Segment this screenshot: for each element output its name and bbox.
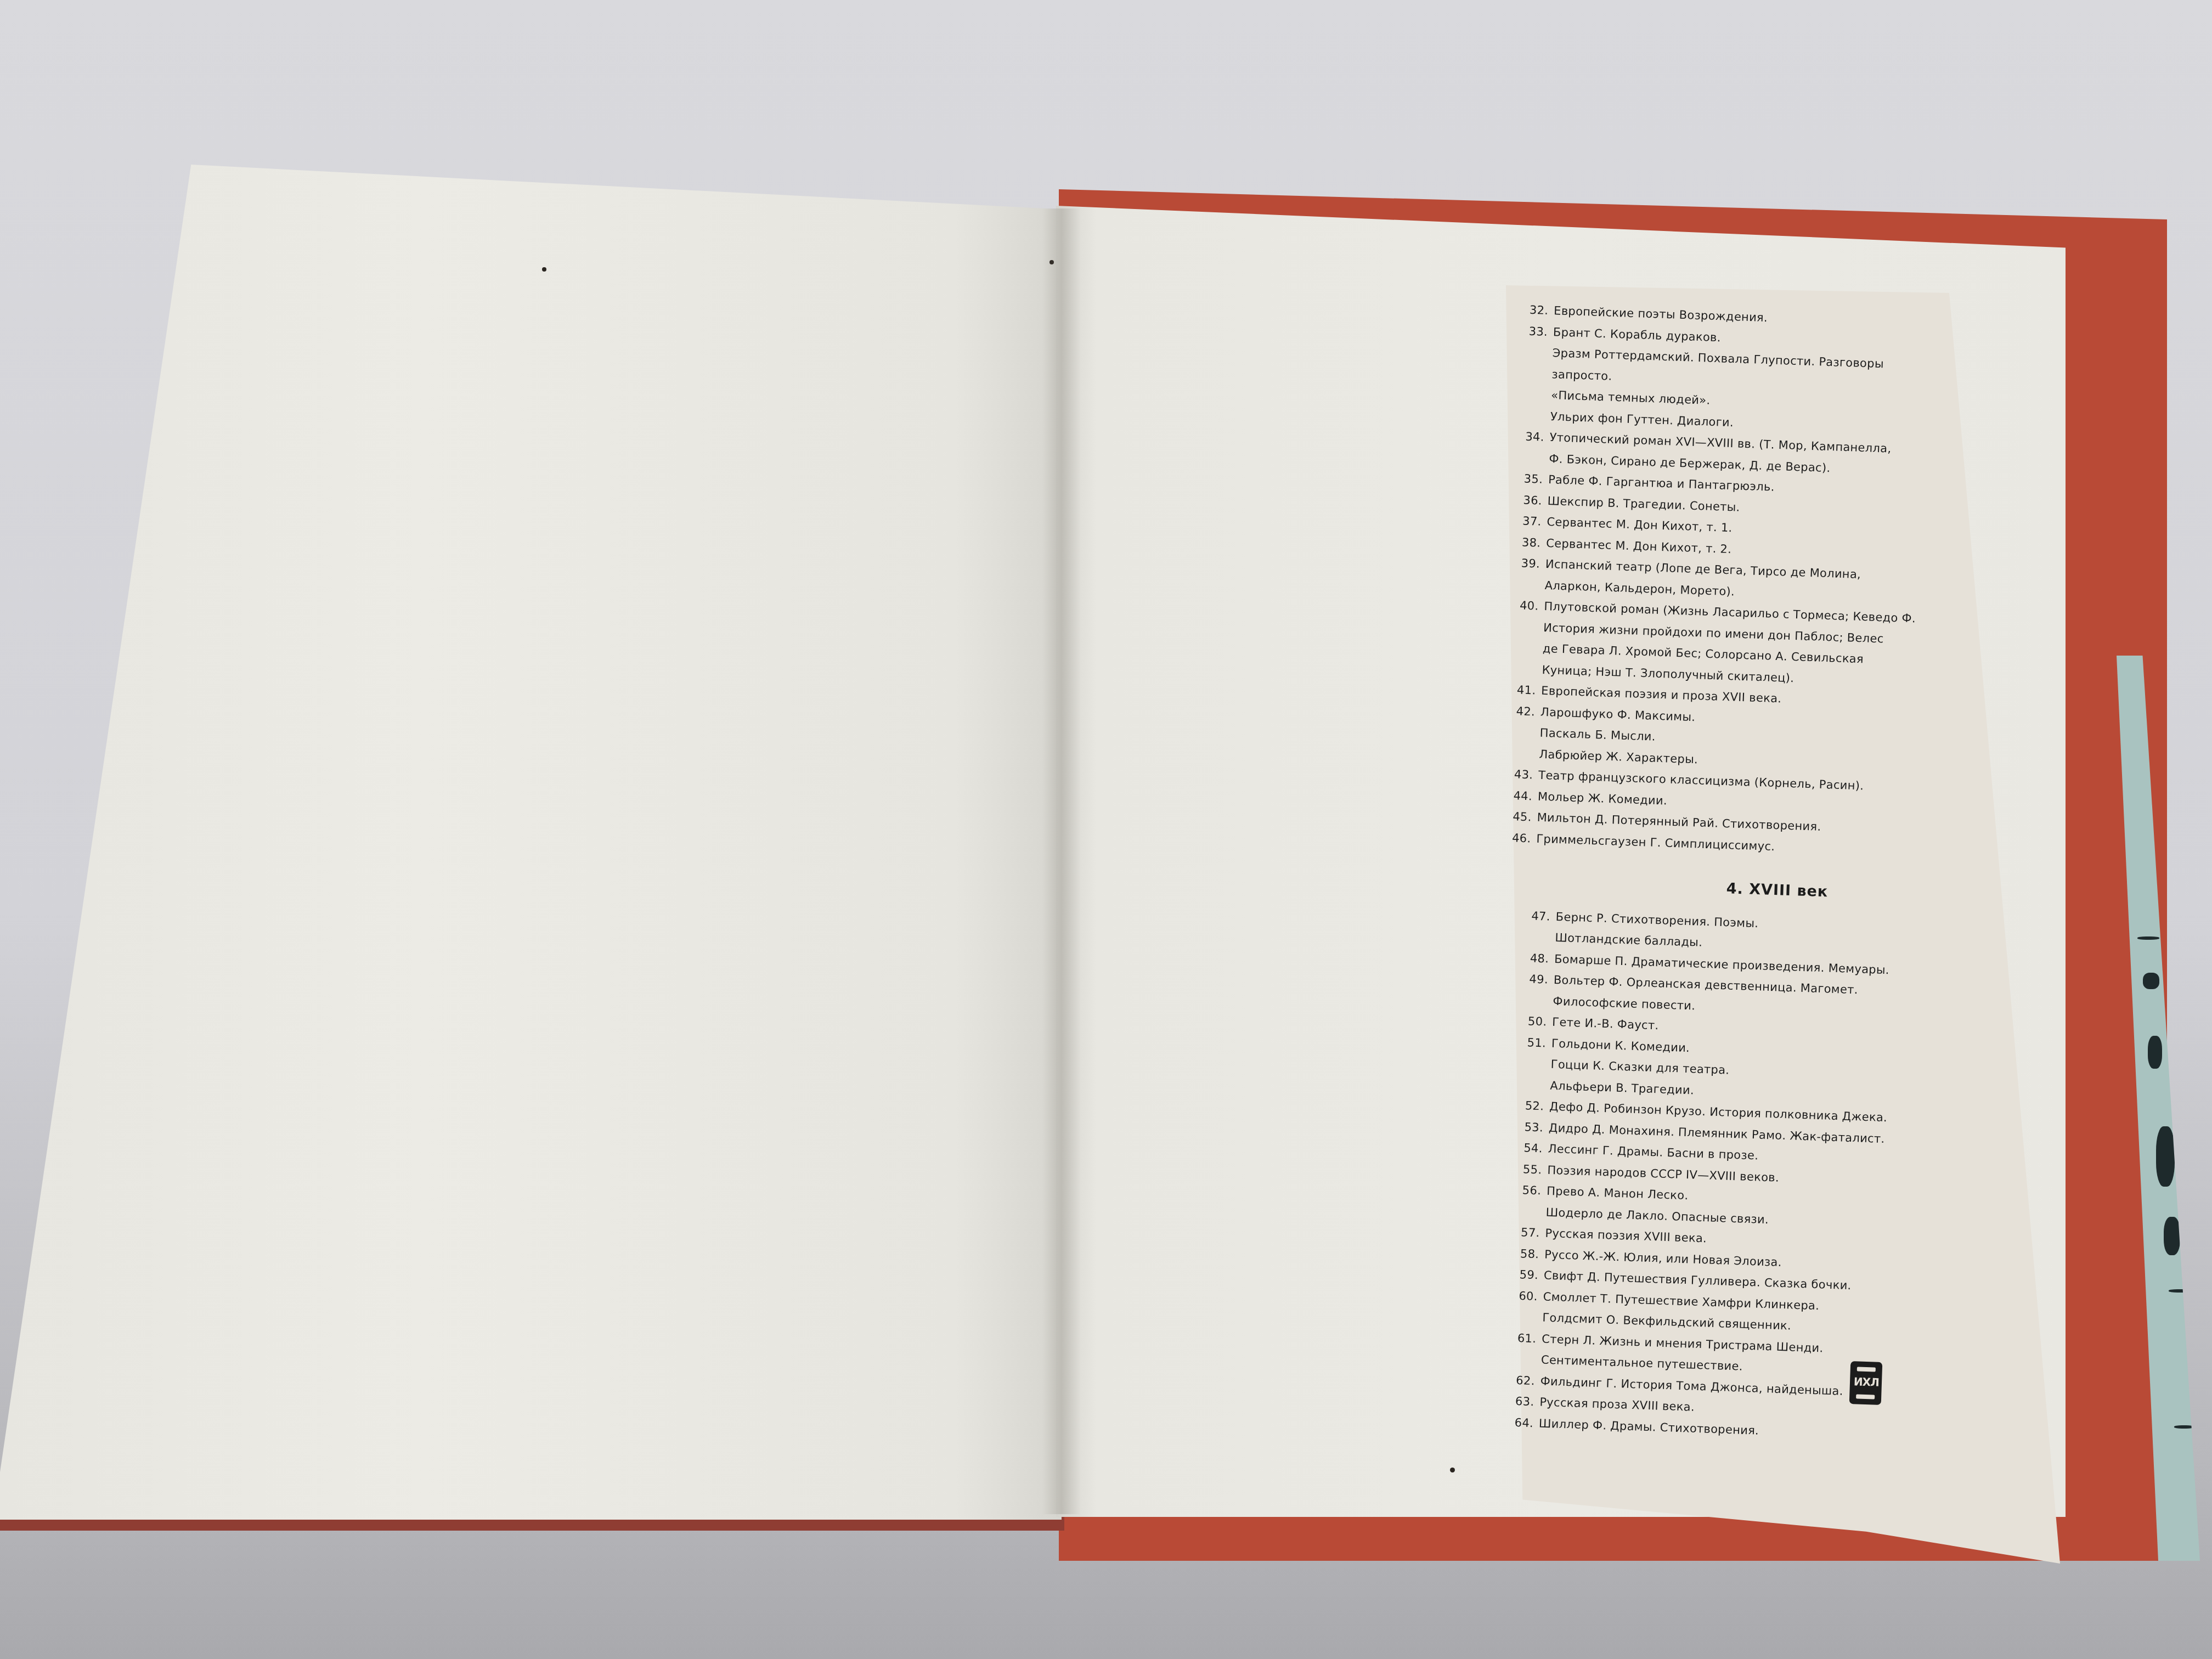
item-number: 53. (1511, 1116, 1549, 1138)
item-number: 62. (1503, 1369, 1541, 1392)
left-page-blank (0, 165, 1062, 1520)
item-number: 60. (1505, 1285, 1544, 1328)
item-number: 34. (1511, 426, 1550, 469)
book-gutter (1042, 208, 1081, 1514)
list-item: 33.Брант С. Корабль дураков.Эразм Роттер… (1513, 320, 2053, 443)
item-number: 39. (1507, 552, 1546, 596)
item-number: 57. (1508, 1221, 1545, 1244)
item-number: 45. (1499, 805, 1537, 828)
item-number: 56. (1508, 1179, 1547, 1222)
item-number: 51. (1513, 1031, 1552, 1096)
series-list: 32.Европейские поэты Возрождения.33.Бран… (1480, 299, 2055, 1449)
item-number: 47. (1517, 905, 1556, 948)
item-number: 44. (1500, 785, 1538, 807)
item-number: 64. (1501, 1412, 1539, 1434)
item-number: 46. (1499, 827, 1537, 849)
item-number: 36. (1510, 489, 1548, 511)
item-number: 58. (1507, 1243, 1545, 1265)
item-number: 38. (1509, 531, 1547, 554)
paper-speck (542, 267, 546, 272)
item-number: 63. (1502, 1390, 1540, 1413)
paper-speck (1450, 1468, 1455, 1472)
item-number: 59. (1506, 1263, 1544, 1286)
item-number: 55. (1510, 1158, 1548, 1181)
item-number: 61. (1503, 1327, 1542, 1370)
item-number: 37. (1509, 510, 1547, 533)
item-number: 42. (1502, 700, 1541, 765)
item-number: 40. (1504, 595, 1544, 680)
section-heading-xviii: 4. XVIII век (1519, 872, 2035, 910)
section-4-list: 47.Бернс Р. Стихотворения. Поэмы.Шотланд… (1501, 905, 2034, 1449)
item-number: 52. (1512, 1095, 1550, 1118)
publisher-logo-icon: ИХЛ (1849, 1361, 1883, 1405)
item-number: 32. (1516, 299, 1554, 321)
item-number: 35. (1511, 468, 1549, 490)
item-number: 48. (1517, 947, 1555, 969)
item-number: 54. (1510, 1137, 1548, 1159)
item-number: 33. (1513, 320, 1553, 427)
item-number: 49. (1515, 968, 1554, 1012)
item-number: 43. (1501, 764, 1539, 786)
section-3-list: 32.Европейские поэты Возрождения.33.Бран… (1499, 299, 2055, 866)
item-number: 50. (1515, 1011, 1553, 1033)
item-number: 41. (1504, 679, 1542, 702)
